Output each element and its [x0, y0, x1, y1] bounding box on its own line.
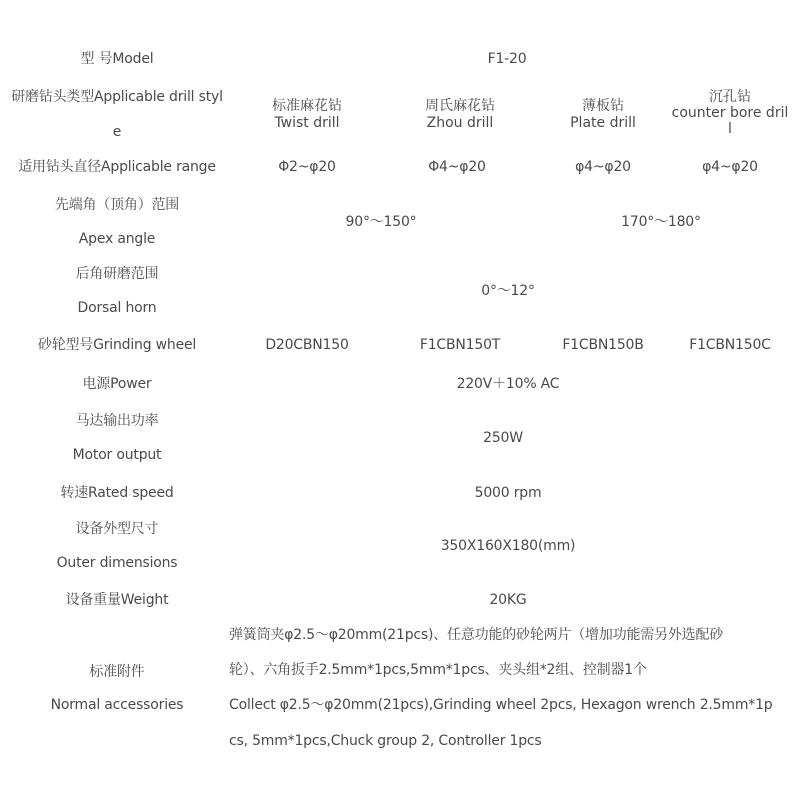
weight-label: 设备重量Weight: [66, 592, 169, 609]
apex-angle-label-en: Apex angle: [79, 231, 155, 248]
drill-style-zhou-en: Zhou drill: [425, 115, 495, 132]
accessories-label-en: Normal accessories: [51, 697, 184, 714]
accessories-line-1: 弹簧筒夹φ2.5～φ20mm(21pcs)、任意功能的砂轮两片（增加功能需另外选…: [229, 627, 723, 644]
drill-style-zhou-cn: 周氏麻花钻: [425, 98, 495, 115]
motor-output-label-en: Motor output: [73, 447, 162, 464]
drill-style-twist-en: Twist drill: [272, 115, 342, 132]
rated-speed-label: 转速Rated speed: [60, 485, 173, 502]
applicable-range-counterbore: φ4~φ20: [702, 159, 758, 176]
accessories-line-3: Collect φ2.5～φ20mm(21pcs),Grinding wheel…: [229, 697, 772, 714]
applicable-range-twist: Φ2~φ20: [278, 159, 336, 176]
drill-style-counterbore-en-line2: l: [672, 121, 789, 137]
grinding-wheel-counterbore: F1CBN150C: [689, 337, 771, 354]
drill-style-label-line2: e: [113, 124, 121, 141]
apex-angle-value-plate-counterbore: 170°～180°: [621, 214, 701, 231]
drill-style-plate-en: Plate drill: [570, 115, 636, 132]
drill-style-twist: 标准麻花钻 Twist drill: [272, 98, 342, 132]
drill-style-counterbore: 沉孔钻 counter bore dril l: [672, 89, 789, 137]
accessories-line-4: cs, 5mm*1pcs,Chuck group 2, Controller 1…: [229, 733, 542, 750]
applicable-range-zhou: Φ4~φ20: [428, 159, 486, 176]
drill-style-counterbore-cn: 沉孔钻: [672, 89, 789, 105]
model-label: 型 号Model: [81, 51, 154, 68]
drill-style-plate: 薄板钻 Plate drill: [570, 98, 636, 132]
motor-output-label-cn: 马达输出功率: [76, 413, 159, 430]
power-label: 电源Power: [83, 376, 152, 393]
outer-dimensions-value: 350X160X180(mm): [441, 538, 576, 555]
dorsal-horn-value: 0°～12°: [481, 283, 535, 300]
power-value: 220V＋10% AC: [457, 376, 560, 393]
drill-style-zhou: 周氏麻花钻 Zhou drill: [425, 98, 495, 132]
rated-speed-value: 5000 rpm: [475, 485, 542, 502]
applicable-range-plate: φ4~φ20: [575, 159, 631, 176]
accessories-line-2: 轮）、六角扳手2.5mm*1pcs,5mm*1pcs、夹头组*2组、控制器1个: [229, 662, 647, 679]
grinding-wheel-plate: F1CBN150B: [562, 337, 643, 354]
grinding-wheel-label: 砂轮型号Grinding wheel: [38, 337, 196, 354]
grinding-wheel-twist: D20CBN150: [265, 337, 348, 354]
drill-style-counterbore-en-line1: counter bore dril: [672, 105, 789, 121]
model-value: F1-20: [488, 51, 527, 68]
outer-dimensions-label-en: Outer dimensions: [57, 555, 178, 572]
outer-dimensions-label-cn: 设备外型尺寸: [76, 521, 159, 538]
dorsal-horn-label-cn: 后角研磨范围: [76, 266, 159, 283]
drill-style-label-line1: 研磨钻头类型Applicable drill styl: [11, 89, 223, 106]
dorsal-horn-label-en: Dorsal horn: [78, 300, 157, 317]
apex-angle-value-twist-zhou: 90°～150°: [346, 214, 417, 231]
grinding-wheel-zhou: F1CBN150T: [420, 337, 500, 354]
drill-style-plate-cn: 薄板钻: [570, 98, 636, 115]
apex-angle-label-cn: 先端角（顶角）范围: [55, 197, 179, 214]
drill-style-twist-cn: 标准麻花钻: [272, 98, 342, 115]
motor-output-value: 250W: [483, 430, 523, 447]
applicable-range-label: 适用钻头直径Applicable range: [18, 159, 216, 176]
accessories-label-cn: 标准附件: [89, 664, 144, 681]
weight-value: 20KG: [489, 592, 526, 609]
